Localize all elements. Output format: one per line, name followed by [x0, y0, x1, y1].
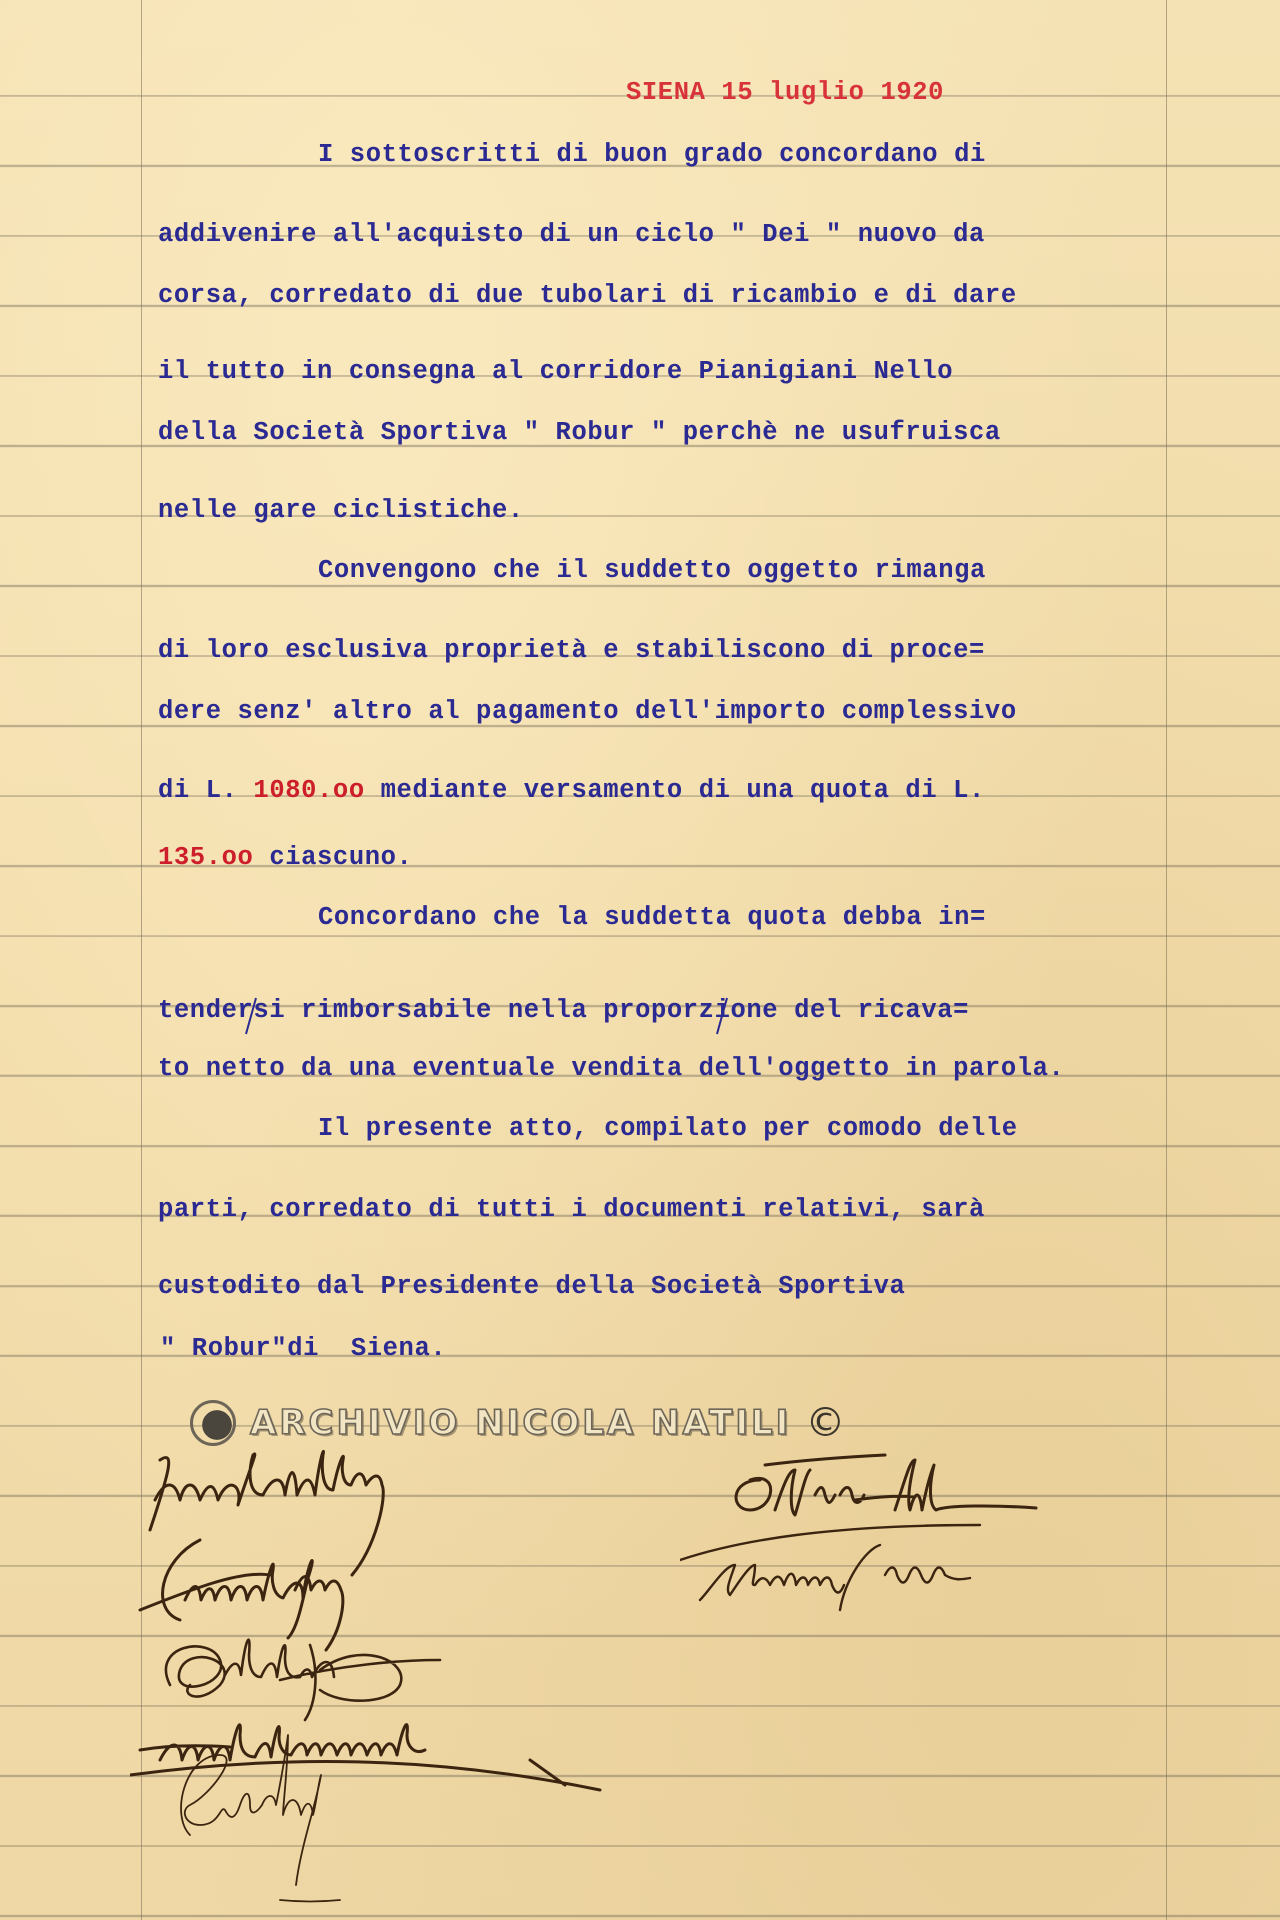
total-amount: 1080.oo	[253, 776, 364, 805]
share-suffix: ciascuno.	[253, 843, 412, 872]
paragraph-2-line-1: Convengono che il suddetto oggetto riman…	[318, 556, 986, 585]
signature-5	[181, 1735, 340, 1902]
paragraph-4-line-2: parti, corredato di tutti i documenti re…	[158, 1195, 985, 1224]
share-line: 135.oo ciascuno.	[158, 843, 412, 872]
paragraph-3-line-1: Concordano che la suddetta quota debba i…	[318, 903, 986, 932]
signature-7	[680, 1525, 980, 1610]
signature-2	[140, 1540, 343, 1650]
paragraph-2-line-2: di loro esclusiva proprietà e stabilisco…	[158, 636, 985, 665]
amount-line: di L. 1080.oo mediante versamento di una…	[158, 776, 985, 805]
paragraph-3-line-3: to netto da una eventuale vendita dell'o…	[158, 1054, 1064, 1083]
amount-prefix: di L.	[158, 776, 253, 805]
paragraph-1-line-3: corsa, corredato di due tubolari di rica…	[158, 281, 1017, 310]
paragraph-1-line-4: il tutto in consegna al corridore Pianig…	[158, 357, 953, 386]
paragraph-1-line-6: nelle gare ciclistiche.	[158, 496, 524, 525]
paragraph-4-line-3: custodito dal Presidente della Società S…	[158, 1272, 905, 1301]
share-amount: 135.oo	[158, 843, 253, 872]
signature-3	[166, 1640, 440, 1720]
signatures-right	[680, 1440, 1080, 1620]
paragraph-1-line-5: della Società Sportiva " Robur " perchè …	[158, 418, 1001, 447]
signatures-left	[130, 1430, 630, 1910]
signature-4	[130, 1725, 600, 1790]
correction-mark-1	[244, 998, 264, 1038]
paragraph-3-line-2: tendersi rimborsabile nella proporzione …	[158, 996, 969, 1025]
signature-1	[150, 1451, 383, 1575]
paragraph-1-line-2: addivenire all'acquisto di un ciclo " De…	[158, 220, 985, 249]
right-margin-line	[1166, 0, 1167, 1920]
paragraph-1-line-1: I sottoscritti di buon grado concordano …	[318, 140, 986, 169]
paragraph-4-line-1: Il presente atto, compilato per comodo d…	[318, 1114, 1018, 1143]
signature-6	[736, 1455, 1036, 1515]
date-line: SIENA 15 luglio 1920	[626, 78, 944, 107]
amount-suffix: mediante versamento di una quota di L.	[365, 776, 985, 805]
paragraph-4-line-4: " Robur"di Siena.	[160, 1334, 446, 1363]
correction-mark-2	[715, 998, 735, 1038]
paragraph-2-line-3: dere senz' altro al pagamento dell'impor…	[158, 697, 1017, 726]
